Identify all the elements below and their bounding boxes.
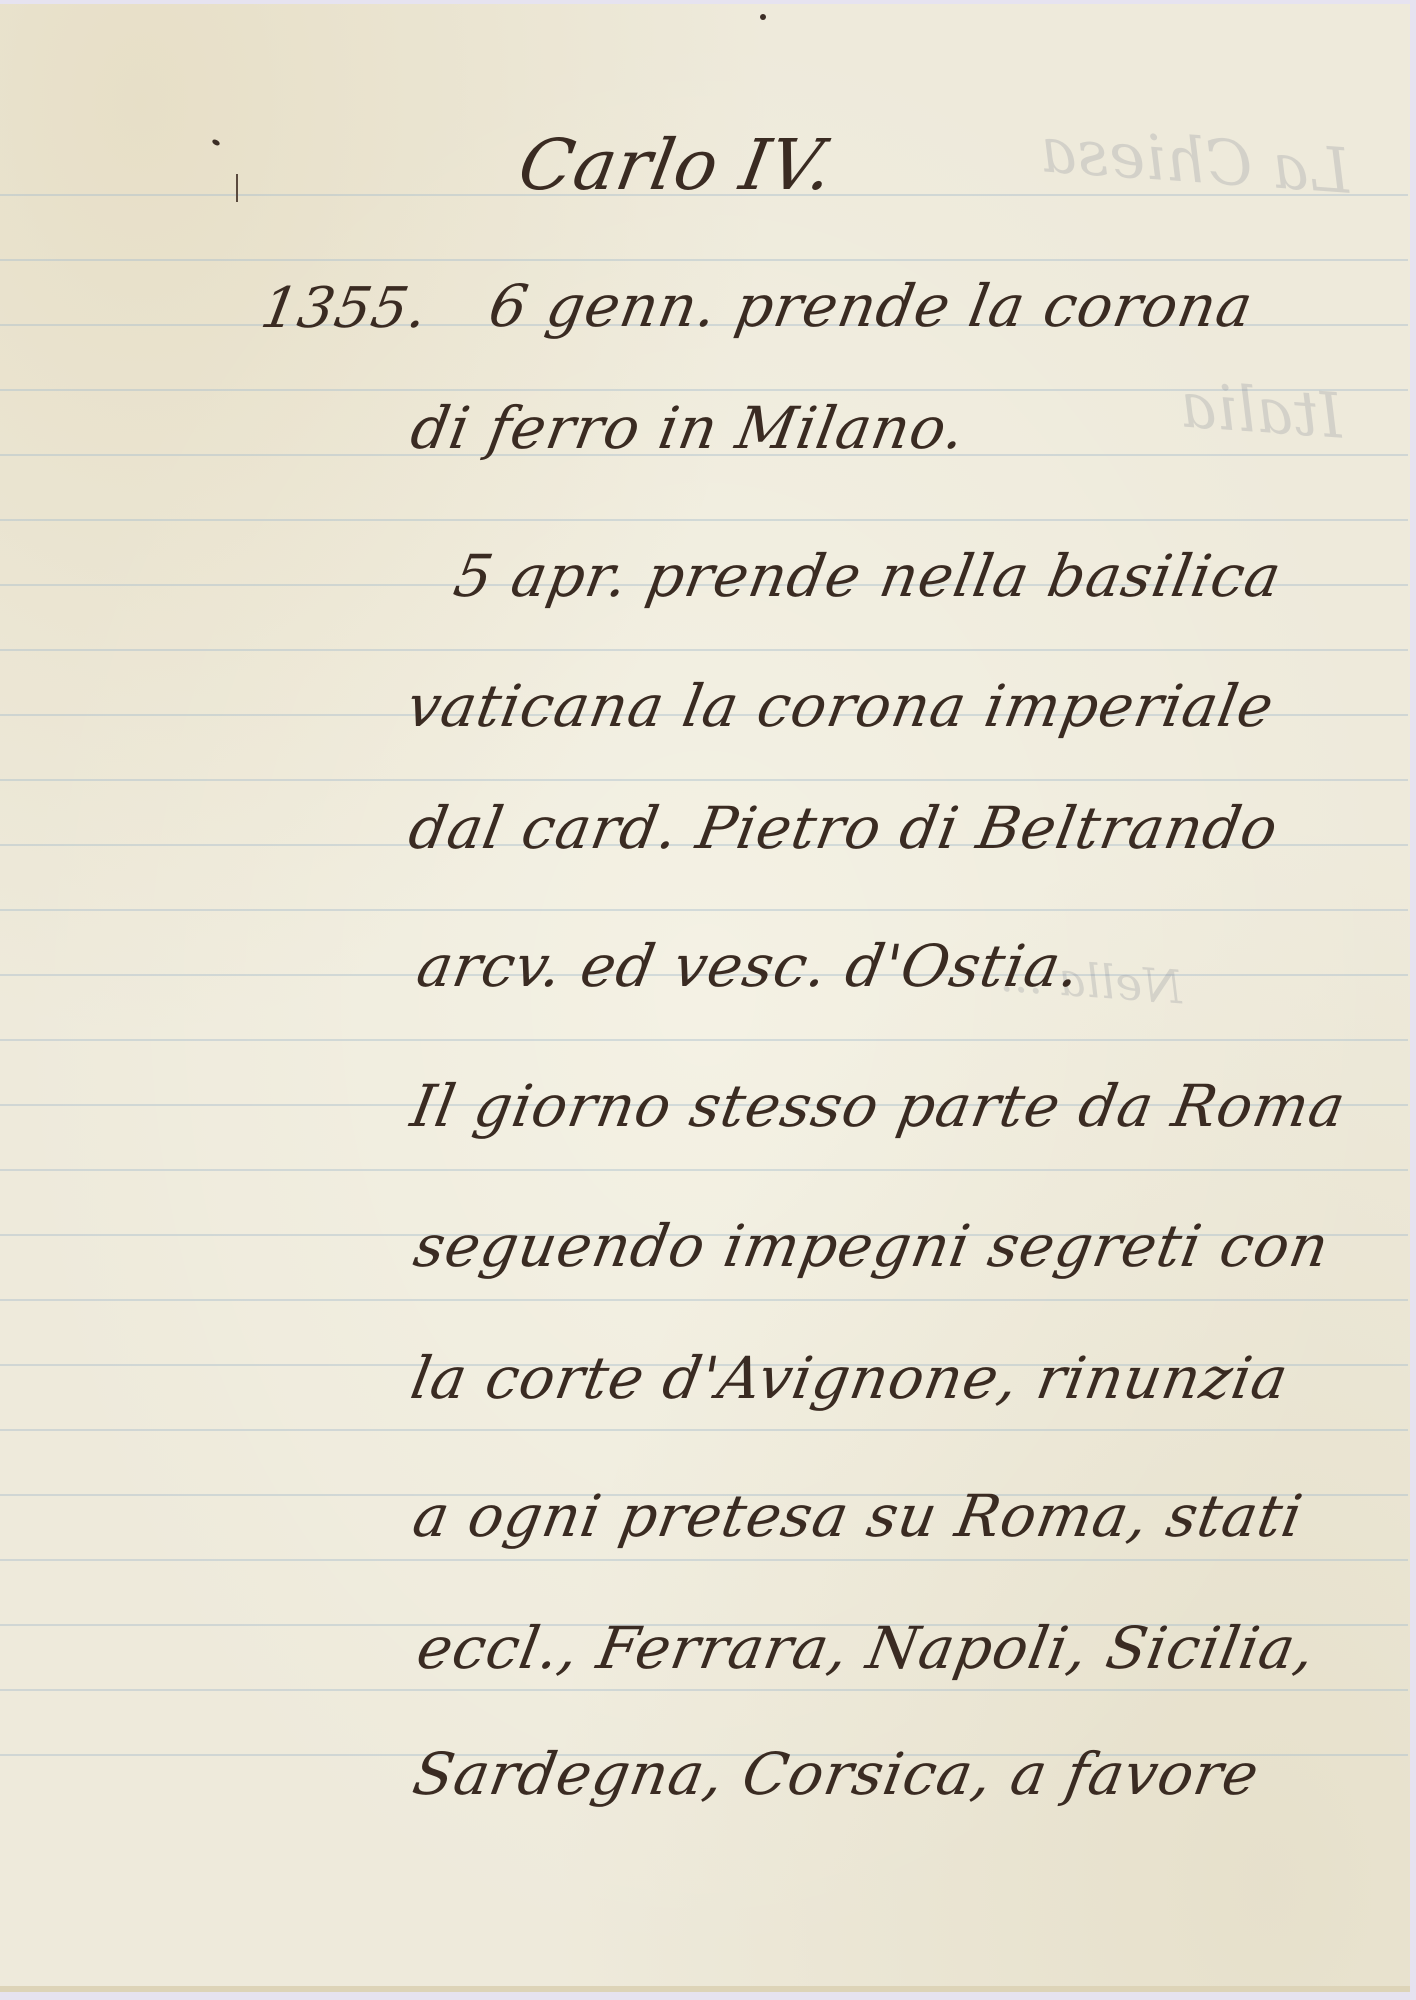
ruled-line [0,1559,1408,1561]
ruled-line [0,779,1408,781]
manuscript-line: 6 genn. prende la corona [484,272,1258,340]
manuscript-line: 5 apr. prende nella basilica [449,542,1287,610]
manuscript-line: seguendo impegni segreti con [409,1212,1335,1280]
ink-dot [211,138,220,146]
manuscript-line: eccl., Ferrara, Napoli, Sicilia, [412,1614,1321,1682]
ruled-line [0,1299,1408,1301]
manuscript-line: vaticana la corona imperiale [402,672,1279,740]
manuscript-line: la corte d'Avignone, rinunzia [406,1344,1294,1412]
manuscript-page: La Chiesa Italia Nella ... Carlo IV. 135… [0,4,1410,1992]
manuscript-line: a ogni pretesa su Roma, stati [408,1482,1308,1550]
ruled-line [0,259,1408,261]
ruled-line [0,1039,1408,1041]
bleed-through-text: Italia [1178,368,1346,452]
ruled-line [0,389,1408,391]
ruled-line [0,1429,1408,1431]
manuscript-line: dal card. Pietro di Beltrando [404,794,1283,862]
manuscript-year: 1355. [256,276,433,341]
ruled-line [0,909,1408,911]
ink-dot [760,14,766,20]
ruled-line [0,649,1408,651]
margin-mark [236,174,238,202]
manuscript-line: Sardegna, Corsica, a favore [408,1740,1264,1808]
manuscript-line: di ferro in Milano. [406,394,971,462]
ruled-line [0,1689,1408,1691]
manuscript-line: arcv. ed vesc. d'Ostia. [412,932,1086,1000]
manuscript-line: Il giorno stesso parte da Roma [406,1072,1351,1140]
manuscript-title: Carlo IV. [513,124,840,206]
ruled-line [0,1169,1408,1171]
ruled-line [0,519,1408,521]
